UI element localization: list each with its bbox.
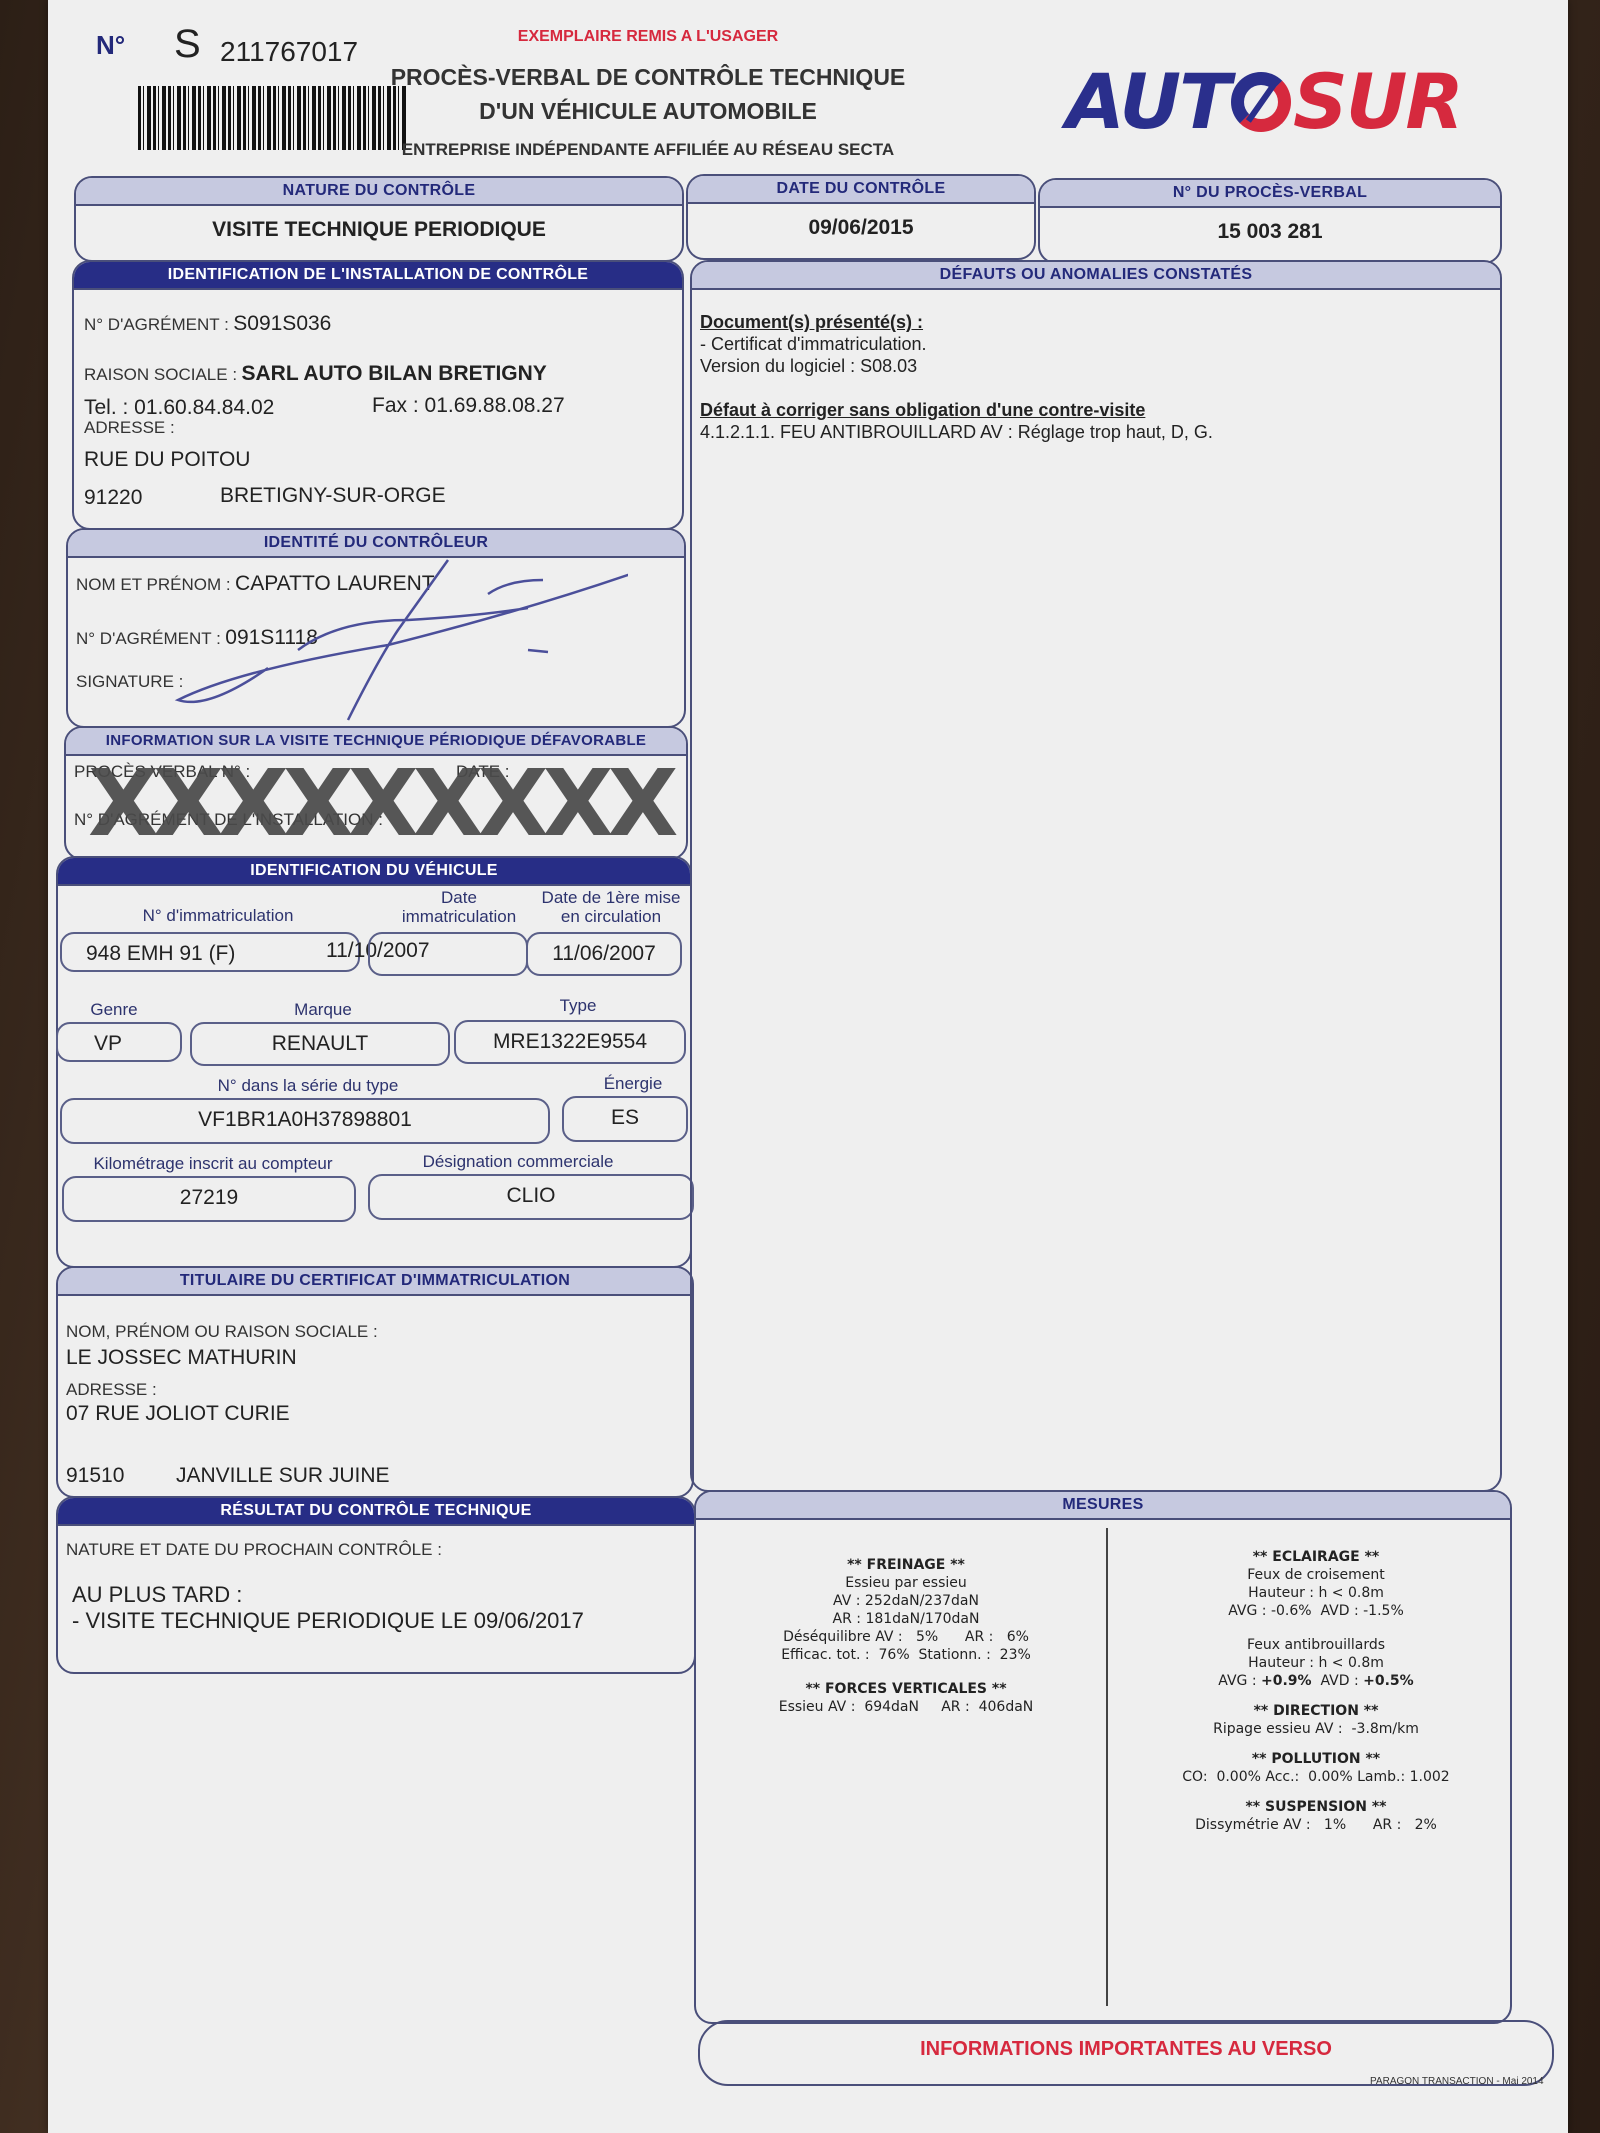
autosur-logo: AUTSUR bbox=[1066, 62, 1462, 142]
adresse-label: ADRESSE : bbox=[84, 418, 175, 438]
km-label: Kilométrage inscrit au compteur bbox=[68, 1154, 358, 1174]
antibrouillard-avg-label: AVG : bbox=[1218, 1673, 1261, 1689]
croisement-values: AVG : -0.6% AVD : -1.5% bbox=[1146, 1602, 1486, 1620]
pollution-title: ** POLLUTION ** bbox=[1252, 1751, 1380, 1767]
vehicule-box: IDENTIFICATION DU VÉHICULE N° d'immatric… bbox=[56, 856, 692, 1268]
defect-title: Défaut à corriger sans obligation d'une … bbox=[700, 400, 1145, 421]
docs-item: - Certificat d'immatriculation. bbox=[700, 334, 927, 355]
marque-value: RENAULT bbox=[272, 1032, 368, 1055]
titulaire-nom-label: NOM, PRÉNOM OU RAISON SOCIALE : bbox=[66, 1322, 378, 1342]
freinage-block: ** FREINAGE ** Essieu par essieu AV : 25… bbox=[736, 1556, 1076, 1716]
type-field: MRE1322E9554 bbox=[454, 1020, 686, 1064]
immat-field: 948 EMH 91 (F) bbox=[60, 932, 360, 972]
installation-box: IDENTIFICATION DE L'INSTALLATION DE CONT… bbox=[72, 260, 684, 530]
resultat-label: NATURE ET DATE DU PROCHAIN CONTRÔLE : bbox=[66, 1540, 442, 1560]
energie-value: ES bbox=[611, 1106, 639, 1129]
resultat-header: RÉSULTAT DU CONTRÔLE TECHNIQUE bbox=[58, 1498, 694, 1526]
logo-part2: SUR bbox=[1293, 57, 1462, 146]
logo-part1: AUT bbox=[1066, 57, 1229, 146]
next-inspection: - VISITE TECHNIQUE PERIODIQUE LE 09/06/2… bbox=[72, 1608, 584, 1634]
forces-title: ** FORCES VERTICALES ** bbox=[805, 1681, 1006, 1697]
mesures-header: MESURES bbox=[696, 1492, 1510, 1520]
vehicule-header: IDENTIFICATION DU VÉHICULE bbox=[58, 858, 690, 886]
date-mec-field: 11/06/2007 bbox=[526, 932, 682, 976]
designation-field: CLIO bbox=[368, 1174, 694, 1220]
serie-label: N° dans la série du type bbox=[178, 1076, 438, 1096]
postcode: 91220 bbox=[84, 486, 142, 510]
antibrouillard-avd-value: +0.5% bbox=[1363, 1673, 1414, 1689]
signature bbox=[148, 550, 628, 750]
nature-box: NATURE DU CONTRÔLE VISITE TECHNIQUE PERI… bbox=[74, 176, 684, 262]
suspension-line: Dissymétrie AV : 1% AR : 2% bbox=[1146, 1816, 1486, 1834]
freinage-sub: Essieu par essieu bbox=[736, 1574, 1076, 1592]
software-version: Version du logiciel : S08.03 bbox=[700, 356, 917, 377]
tel: Tel. : 01.60.84.84.02 bbox=[84, 396, 274, 420]
defavorable-box: INFORMATION SUR LA VISITE TECHNIQUE PÉRI… bbox=[64, 726, 688, 860]
freinage-title: ** FREINAGE ** bbox=[847, 1557, 965, 1573]
redaction-marks: XXXXXXXXX bbox=[88, 750, 672, 857]
immat-label: N° d'immatriculation bbox=[118, 906, 318, 926]
installation-header: IDENTIFICATION DE L'INSTALLATION DE CONT… bbox=[74, 262, 682, 290]
marque-label: Marque bbox=[248, 1000, 398, 1020]
antibrouillard-avg-value: +0.9% bbox=[1261, 1673, 1312, 1689]
serial-letter: S bbox=[174, 22, 201, 67]
designation-label: Désignation commerciale bbox=[378, 1152, 658, 1172]
serial-number: 211767017 bbox=[220, 36, 358, 68]
raison-value: SARL AUTO BILAN BRETIGNY bbox=[242, 362, 547, 385]
km-value: 27219 bbox=[180, 1186, 238, 1209]
nature-value: VISITE TECHNIQUE PERIODIQUE bbox=[76, 218, 682, 242]
genre-value: VP bbox=[94, 1032, 122, 1055]
fax: Fax : 01.69.88.08.27 bbox=[372, 394, 565, 418]
copy-notice: EXEMPLAIRE REMIS A L'USAGER bbox=[378, 28, 918, 46]
date-mec-value: 11/06/2007 bbox=[552, 942, 656, 965]
freinage-desequilibre: Déséquilibre AV : 5% AR : 6% bbox=[736, 1628, 1076, 1646]
subtitle: ENTREPRISE INDÉPENDANTE AFFILIÉE AU RÉSE… bbox=[378, 140, 918, 160]
titulaire-box: TITULAIRE DU CERTIFICAT D'IMMATRICULATIO… bbox=[56, 1266, 694, 1498]
date-box: DATE DU CONTRÔLE 09/06/2015 bbox=[686, 174, 1036, 260]
eclairage-title: ** ECLAIRAGE ** bbox=[1253, 1549, 1380, 1565]
km-field: 27219 bbox=[62, 1176, 356, 1222]
city: BRETIGNY-SUR-ORGE bbox=[220, 484, 446, 508]
titulaire-street: 07 RUE JOLIOT CURIE bbox=[66, 1402, 290, 1426]
pollution-line: CO: 0.00% Acc.: 0.00% Lamb.: 1.002 bbox=[1146, 1768, 1486, 1786]
date-value: 09/06/2015 bbox=[688, 216, 1034, 240]
type-value: MRE1322E9554 bbox=[493, 1030, 647, 1053]
street: RUE DU POITOU bbox=[84, 448, 250, 472]
defauts-box: DÉFAUTS OU ANOMALIES CONSTATÉS Document(… bbox=[690, 260, 1502, 1492]
genre-label: Genre bbox=[74, 1000, 154, 1020]
antibrouillard-hauteur: Hauteur : h < 0.8m bbox=[1146, 1654, 1486, 1672]
title-line2: D'UN VÉHICULE AUTOMOBILE bbox=[378, 98, 918, 125]
printer-credit: PARAGON TRANSACTION - Mai 2014 bbox=[1370, 2076, 1544, 2087]
forces-line: Essieu AV : 694daN AR : 406daN bbox=[736, 1698, 1076, 1716]
serie-field: VF1BR1A0H37898801 bbox=[60, 1098, 550, 1144]
freinage-efficacite: Efficac. tot. : 76% Stationn. : 23% bbox=[736, 1646, 1076, 1664]
titulaire-postcode: 91510 bbox=[66, 1464, 124, 1488]
raison-label: RAISON SOCIALE : bbox=[84, 365, 237, 384]
mesures-divider bbox=[1106, 1528, 1108, 2006]
serie-value: VF1BR1A0H37898801 bbox=[198, 1108, 412, 1131]
suspension-title: ** SUSPENSION ** bbox=[1245, 1799, 1386, 1815]
pv-number-box: N° DU PROCÈS-VERBAL 15 003 281 bbox=[1038, 178, 1502, 264]
antibrouillard-avd-label: AVD : bbox=[1312, 1673, 1364, 1689]
agrement-value: S091S036 bbox=[233, 312, 331, 335]
inspection-report: N° S 211767017 EXEMPLAIRE REMIS A L'USAG… bbox=[48, 0, 1568, 2133]
controleur-box: IDENTITÉ DU CONTRÔLEUR NOM ET PRÉNOM : C… bbox=[66, 528, 686, 728]
croisement-hauteur: Hauteur : h < 0.8m bbox=[1146, 1584, 1486, 1602]
pv-number-header: N° DU PROCÈS-VERBAL bbox=[1040, 180, 1500, 208]
marque-field: RENAULT bbox=[190, 1022, 450, 1066]
designation-value: CLIO bbox=[506, 1184, 555, 1207]
antibrouillard-label: Feux antibrouillards bbox=[1146, 1636, 1486, 1654]
eclairage-block: ** ECLAIRAGE ** Feux de croisement Haute… bbox=[1146, 1548, 1486, 1834]
energie-field: ES bbox=[562, 1096, 688, 1142]
mesures-box: MESURES ** FREINAGE ** Essieu par essieu… bbox=[694, 1490, 1512, 2024]
direction-title: ** DIRECTION ** bbox=[1254, 1703, 1379, 1719]
genre-field: VP bbox=[56, 1022, 182, 1062]
titulaire-city: JANVILLE SUR JUINE bbox=[176, 1464, 390, 1488]
serial-prefix: N° bbox=[96, 30, 125, 61]
croisement-label: Feux de croisement bbox=[1146, 1566, 1486, 1584]
immat-value: 948 EMH 91 (F) bbox=[86, 942, 235, 965]
verso-notice: INFORMATIONS IMPORTANTES AU VERSO bbox=[700, 2038, 1552, 2061]
titulaire-nom-value: LE JOSSEC MATHURIN bbox=[66, 1346, 297, 1370]
nature-header: NATURE DU CONTRÔLE bbox=[76, 178, 682, 206]
type-label: Type bbox=[518, 996, 638, 1016]
date-immat-field bbox=[368, 932, 528, 976]
agrement-label: N° D'AGRÉMENT : bbox=[84, 315, 229, 334]
pv-number-value: 15 003 281 bbox=[1040, 220, 1500, 244]
defauts-header: DÉFAUTS OU ANOMALIES CONSTATÉS bbox=[692, 262, 1500, 290]
barcode bbox=[138, 86, 408, 150]
title-line1: PROCÈS-VERBAL DE CONTRÔLE TECHNIQUE bbox=[378, 64, 918, 91]
freinage-ar: AR : 181daN/170daN bbox=[736, 1610, 1076, 1628]
titulaire-header: TITULAIRE DU CERTIFICAT D'IMMATRICULATIO… bbox=[58, 1268, 692, 1296]
titulaire-adresse-label: ADRESSE : bbox=[66, 1380, 157, 1400]
resultat-line1: AU PLUS TARD : bbox=[72, 1582, 242, 1608]
logo-circle-icon bbox=[1231, 72, 1291, 132]
date-header: DATE DU CONTRÔLE bbox=[688, 176, 1034, 204]
date-immat-label: Date immatriculation bbox=[384, 888, 534, 926]
direction-line: Ripage essieu AV : -3.8m/km bbox=[1146, 1720, 1486, 1738]
defect-item: 4.1.2.1.1. FEU ANTIBROUILLARD AV : Régla… bbox=[700, 422, 1213, 443]
energie-label: Énergie bbox=[588, 1074, 678, 1094]
date-mec-label: Date de 1ère mise en circulation bbox=[536, 888, 686, 926]
freinage-av: AV : 252daN/237daN bbox=[736, 1592, 1076, 1610]
docs-title: Document(s) présenté(s) : bbox=[700, 312, 923, 333]
resultat-box: RÉSULTAT DU CONTRÔLE TECHNIQUE NATURE ET… bbox=[56, 1496, 696, 1674]
